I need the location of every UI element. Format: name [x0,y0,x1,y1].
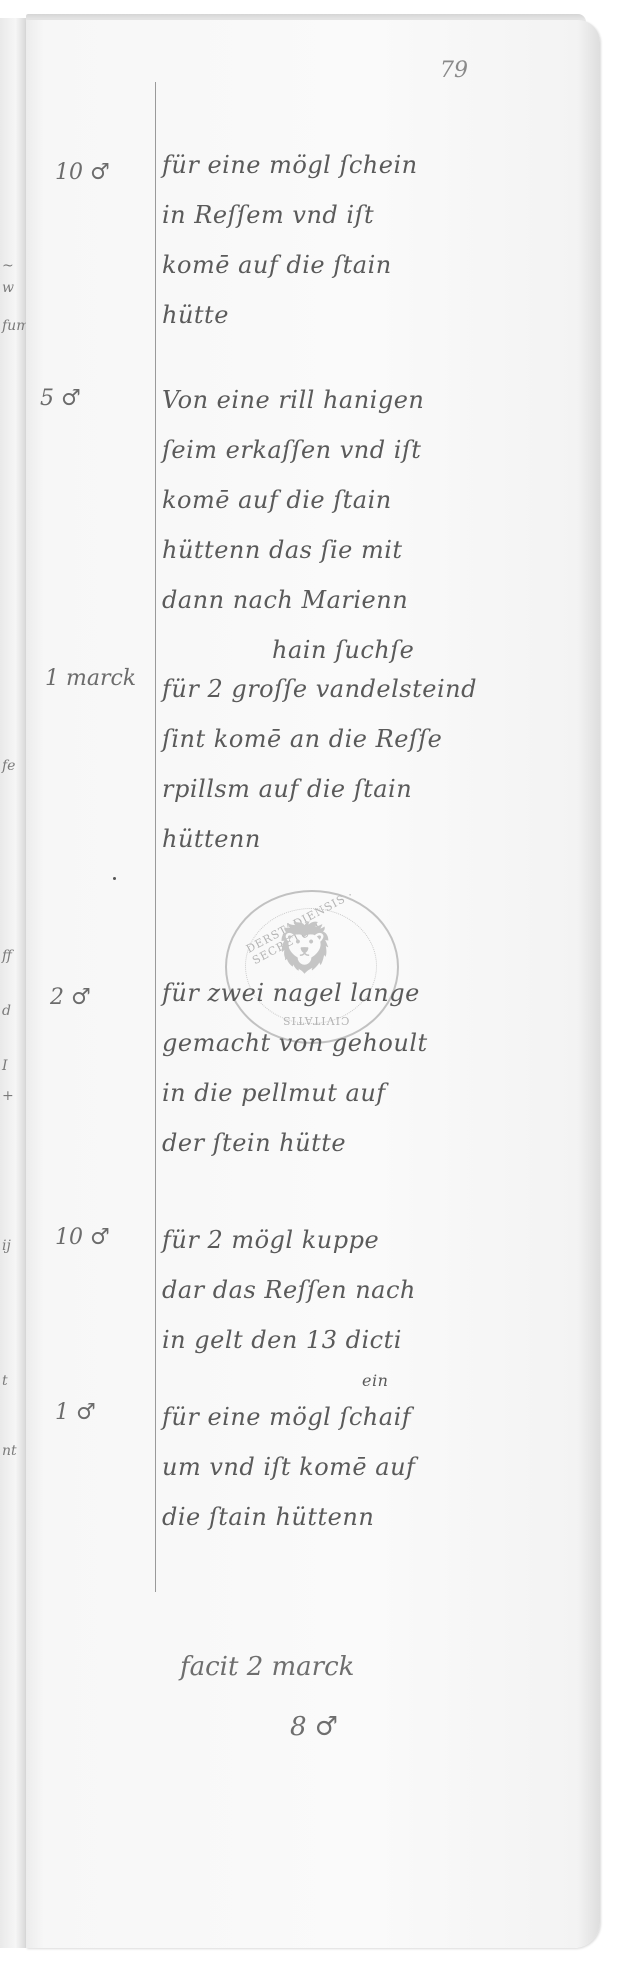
left-page-fragment: fe [2,758,15,774]
entry-line: für 2 groſſe vandelsteind [162,664,582,714]
interlinear-insertion: ein [162,1370,582,1392]
entry-line: ſeim erkaſſen vnd iſt [162,425,582,475]
ledger-entry: für zwei nagel lange gemacht von gehoult… [162,968,582,1168]
entry-line: dar das Reſſen nach [162,1265,582,1315]
left-page-fragment: ~ [2,258,14,274]
ledger-entry: ein für eine mögl ſchaif um vnd iſt komē… [162,1370,582,1542]
entry-amount: 10 ♂ [55,160,110,185]
sum-total-line: facit 2 marck [180,1652,354,1682]
entry-amount: 2 ♂ [50,985,91,1010]
folio-number: 79 [440,58,468,83]
entry-line: komē auf die ſtain [162,475,582,525]
entry-amount: 1 ♂ [55,1400,96,1425]
sum-total-pence: 8 ♂ [290,1712,338,1742]
entry-line: die ſtain hüttenn [162,1492,582,1542]
left-page-fragment: ff [2,948,12,964]
entry-line: hütte [162,290,582,340]
entry-line: für eine mögl ſchein [162,140,582,190]
ledger-entry: für 2 mögl kuppe dar das Reſſen nach in … [162,1215,582,1365]
ledger-entry: Von eine rill hanigen ſeim erkaſſen vnd … [162,375,582,675]
left-page-fragment: w [2,280,14,296]
entry-line: komē auf die ſtain [162,240,582,290]
entry-amount: 10 ♂ [55,1225,110,1250]
left-page-fragment: ij [2,1238,11,1254]
margin-rule [155,82,156,1592]
left-page-fragment: + [2,1088,14,1104]
entry-line: rpillsm auf die ſtain [162,764,582,814]
entry-line: in Reſſem vnd iſt [162,190,582,240]
ledger-entry: für eine mögl ſchein in Reſſem vnd iſt k… [162,140,582,340]
left-page-fragment: Ι [2,1058,8,1074]
entry-amount: 1 marck [45,666,136,691]
entry-line: hüttenn das ſie mit [162,525,582,575]
entry-line: hüttenn [162,814,582,864]
facing-page-edge: ~ w fum fe ff d Ι + ij t nt [0,18,27,1948]
left-page-fragment: nt [2,1443,17,1459]
ink-dot [113,877,116,880]
entry-line: ſint komē an die Reſſe [162,714,582,764]
entry-line: gemacht von gehoult [162,1018,582,1068]
entry-line: für eine mögl ſchaif [162,1392,582,1442]
entry-line: in die pellmut auf [162,1068,582,1118]
left-page-fragment: d [2,1003,11,1019]
entry-line: für zwei nagel lange [162,968,582,1018]
entry-line: in gelt den 13 dicti [162,1315,582,1365]
left-page-fragment: t [2,1373,8,1389]
lion-icon: 🦁︎ [272,922,338,974]
entry-amount: 5 ♂ [40,386,81,411]
entry-line: der ſtein hütte [162,1118,582,1168]
entry-line: um vnd iſt komē auf [162,1442,582,1492]
entry-line: Von eine rill hanigen [162,375,582,425]
ledger-entry: für 2 groſſe vandelsteind ſint komē an d… [162,664,582,864]
entry-line: dann nach Marienn [162,575,582,625]
entry-line: für 2 mögl kuppe [162,1215,582,1265]
